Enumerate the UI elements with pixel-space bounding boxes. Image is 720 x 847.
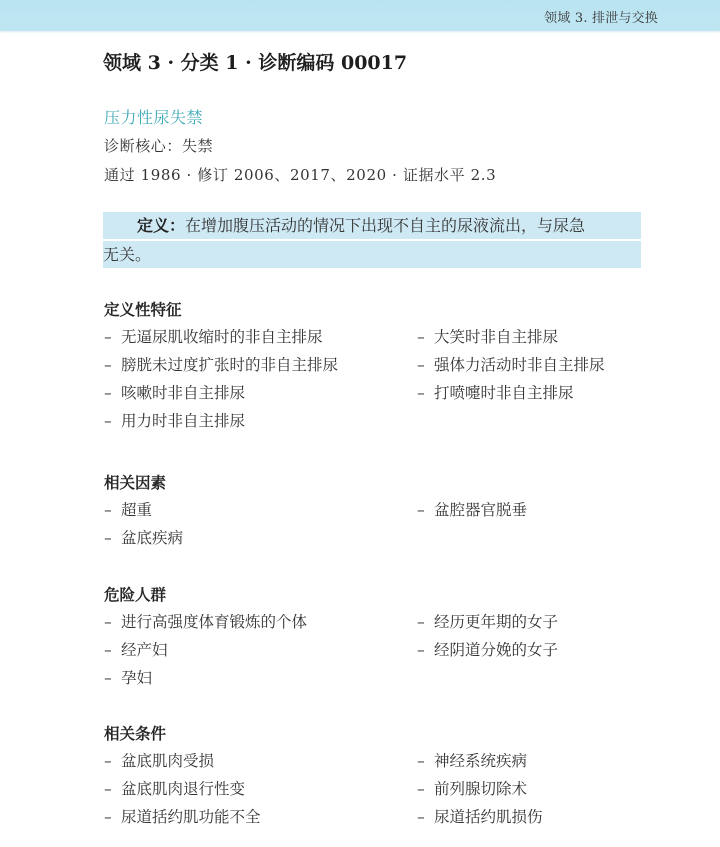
definition-text-1: 在增加腹压活动的情况下出现不自主的尿液流出，与尿急: [185, 216, 585, 235]
section-title: 相关条件: [104, 721, 664, 747]
list-item: –盆腔器官脱垂: [417, 496, 667, 524]
diagnosis-focus: 诊断核心：失禁: [104, 135, 213, 156]
item-list: –进行高强度体育锻炼的个体 –经历更年期的女子 –经产妇 –经阴道分娩的女子 –…: [104, 608, 664, 692]
list-item: –超重: [104, 496, 417, 524]
section-title: 危险人群: [104, 582, 664, 608]
dash-bullet-icon: –: [104, 608, 121, 636]
definition-block: 定义：在增加腹压活动的情况下出现不自主的尿液流出，与尿急 无关。: [103, 212, 641, 268]
item-list: –超重 –盆腔器官脱垂 –盆底疾病: [104, 496, 664, 552]
dash-bullet-icon: –: [104, 636, 121, 664]
definition-text-2: 无关。: [103, 245, 151, 264]
list-item: –进行高强度体育锻炼的个体: [104, 608, 417, 636]
dash-bullet-icon: –: [417, 351, 434, 379]
list-item: –前列腺切除术: [417, 775, 667, 803]
list-item: –咳嗽时非自主排尿: [104, 379, 417, 407]
dash-bullet-icon: –: [104, 747, 121, 775]
dash-bullet-icon: –: [417, 496, 434, 524]
definition-line-2: 无关。: [103, 241, 641, 268]
dash-bullet-icon: –: [417, 747, 434, 775]
dash-bullet-icon: –: [104, 323, 121, 351]
dash-bullet-icon: –: [417, 775, 434, 803]
dash-bullet-icon: –: [104, 524, 121, 552]
dash-bullet-icon: –: [417, 379, 434, 407]
definition-label: 定义：: [137, 216, 185, 235]
dash-bullet-icon: –: [104, 379, 121, 407]
dash-bullet-icon: –: [104, 775, 121, 803]
dash-bullet-icon: –: [417, 608, 434, 636]
definition-line-1: 定义：在增加腹压活动的情况下出现不自主的尿液流出，与尿急: [103, 212, 641, 239]
running-head-title: 领域 3. 排泄与交换: [544, 7, 658, 26]
list-item: –无逼尿肌收缩时的非自主排尿: [104, 323, 417, 351]
list-item: –大笑时非自主排尿: [417, 323, 667, 351]
list-item: –经历更年期的女子: [417, 608, 667, 636]
list-item: –尿道括约肌功能不全: [104, 803, 417, 831]
item-list: –盆底肌肉受损 –神经系统疾病 –盆底肌肉退行性变 –前列腺切除术 –尿道括约肌…: [104, 747, 664, 831]
list-item: –盆底肌肉受损: [104, 747, 417, 775]
running-header-band: 领域 3. 排泄与交换: [0, 0, 720, 31]
section-defining-characteristics: 定义性特征 –无逼尿肌收缩时的非自主排尿 –大笑时非自主排尿 –膀胱未过度扩张时…: [104, 297, 664, 435]
list-item: –盆底肌肉退行性变: [104, 775, 417, 803]
dash-bullet-icon: –: [417, 636, 434, 664]
list-item: –强体力活动时非自主排尿: [417, 351, 667, 379]
dash-bullet-icon: –: [417, 803, 434, 831]
list-item: –孕妇: [104, 664, 417, 692]
section-associated-conditions: 相关条件 –盆底肌肉受损 –神经系统疾病 –盆底肌肉退行性变 –前列腺切除术 –…: [104, 721, 664, 831]
list-item: –经产妇: [104, 636, 417, 664]
section-title: 定义性特征: [104, 297, 664, 323]
section-at-risk-population: 危险人群 –进行高强度体育锻炼的个体 –经历更年期的女子 –经产妇 –经阴道分娩…: [104, 582, 664, 692]
list-item: –经阴道分娩的女子: [417, 636, 667, 664]
dash-bullet-icon: –: [104, 803, 121, 831]
dash-bullet-icon: –: [104, 664, 121, 692]
diagnosis-history: 通过 1986 · 修订 2006、2017、2020 · 证据水平 2.3: [104, 164, 496, 185]
list-item: –膀胱未过度扩张时的非自主排尿: [104, 351, 417, 379]
list-item: –盆底疾病: [104, 524, 417, 552]
dash-bullet-icon: –: [104, 496, 121, 524]
diagnosis-name: 压力性尿失禁: [104, 105, 203, 128]
list-item: –尿道括约肌损伤: [417, 803, 667, 831]
list-item: –打喷嚏时非自主排尿: [417, 379, 667, 407]
section-title: 相关因素: [104, 470, 664, 496]
section-related-factors: 相关因素 –超重 –盆腔器官脱垂 –盆底疾病: [104, 470, 664, 552]
item-list: –无逼尿肌收缩时的非自主排尿 –大笑时非自主排尿 –膀胱未过度扩张时的非自主排尿…: [104, 323, 664, 435]
list-item: –用力时非自主排尿: [104, 407, 417, 435]
dash-bullet-icon: –: [417, 323, 434, 351]
diagnosis-code-title: 领域 3 · 分类 1 · 诊断编码 00017: [103, 48, 407, 75]
dash-bullet-icon: –: [104, 351, 121, 379]
dash-bullet-icon: –: [104, 407, 121, 435]
list-item: –神经系统疾病: [417, 747, 667, 775]
